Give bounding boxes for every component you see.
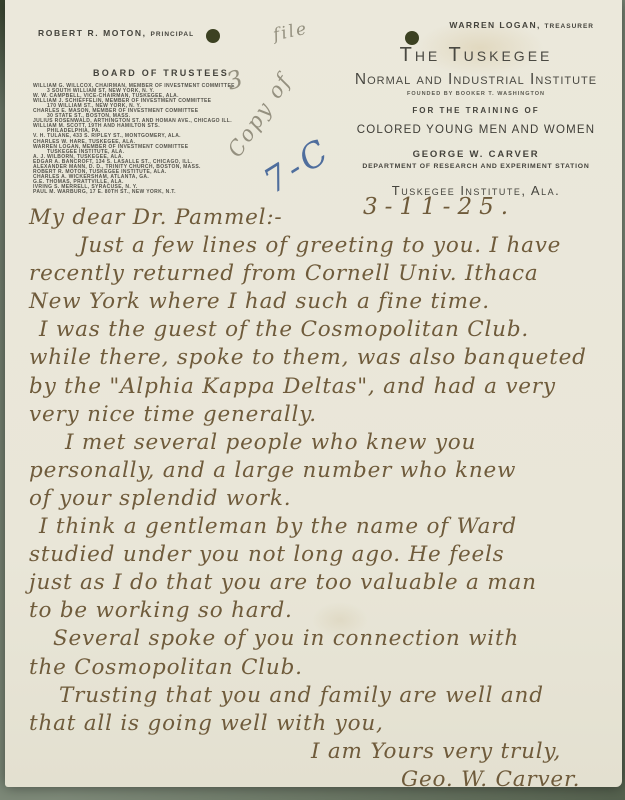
letter-line: studied under you not long ago. He feels: [29, 541, 621, 569]
letter-line: I was the guest of the Cosmopolitan Club…: [29, 316, 621, 344]
letter-line: the Cosmopolitan Club.: [29, 654, 621, 682]
treasurer-title: TREASURER: [545, 23, 594, 30]
letter-line: I met several people who knew you: [29, 429, 621, 457]
institute-name-line2: Normal and Industrial Institute: [335, 71, 617, 89]
letter-line: I think a gentleman by the name of Ward: [29, 513, 621, 541]
institute-letterhead: The Tuskegee Normal and Industrial Insti…: [335, 44, 617, 198]
letter-line: just as I do that you are too valuable a…: [29, 569, 621, 597]
treasurer-name: WARREN LOGAN,: [449, 20, 540, 30]
letter-line: Several spoke of you in connection with: [29, 625, 621, 653]
letter-line: while there, spoke to them, was also ban…: [29, 344, 621, 372]
letter-line: recently returned from Cornell Univ. Ith…: [29, 260, 621, 288]
institute-name-line1: The Tuskegee: [335, 44, 617, 67]
founded-by-line: FOUNDED BY BOOKER T. WASHINGTON: [335, 91, 617, 97]
letter-line: of your splendid work.: [29, 485, 621, 513]
hole-punch-right: [405, 31, 419, 45]
board-of-trustees-title: BOARD OF TRUSTEES: [93, 68, 229, 78]
letter-scan-paper: ROBERT R. MOTON, PRINCIPAL BOARD OF TRUS…: [5, 0, 622, 787]
letter-line: personally, and a large number who knew: [29, 457, 621, 485]
letter-line: that all is going well with you,: [29, 710, 621, 738]
letter-line: to be working so hard.: [29, 597, 621, 625]
principal-name: ROBERT R. MOTON,: [38, 28, 147, 38]
letter-line: I am Yours very truly,: [29, 738, 621, 766]
hole-punch-left: [206, 29, 220, 43]
letter-line: My dear Dr. Pammel:-: [29, 204, 621, 232]
letter-body: My dear Dr. Pammel:-Just a few lines of …: [29, 204, 621, 794]
letter-line: Trusting that you and family are well an…: [29, 682, 621, 710]
treasurer-line: WARREN LOGAN, TREASURER: [449, 20, 594, 30]
letter-line: Just a few lines of greeting to you. I h…: [29, 232, 621, 260]
george-w-carver-line: GEORGE W. CARVER: [335, 149, 617, 160]
pencil-file-annotation: file: [271, 19, 310, 46]
letter-line: Geo. W. Carver.: [29, 766, 621, 794]
principal-line: ROBERT R. MOTON, PRINCIPAL: [38, 28, 194, 38]
letter-line: New York where I had such a fine time.: [29, 288, 621, 316]
letter-line: by the "Alphia Kappa Deltas", and had a …: [29, 373, 621, 401]
training-line: FOR THE TRAINING OF: [335, 106, 617, 115]
colored-young-men-line: COLORED YOUNG MEN AND WOMEN: [335, 124, 617, 136]
principal-title: PRINCIPAL: [151, 31, 195, 38]
letter-line: very nice time generally.: [29, 401, 621, 429]
department-line: DEPARTMENT OF RESEARCH AND EXPERIMENT ST…: [335, 163, 617, 170]
